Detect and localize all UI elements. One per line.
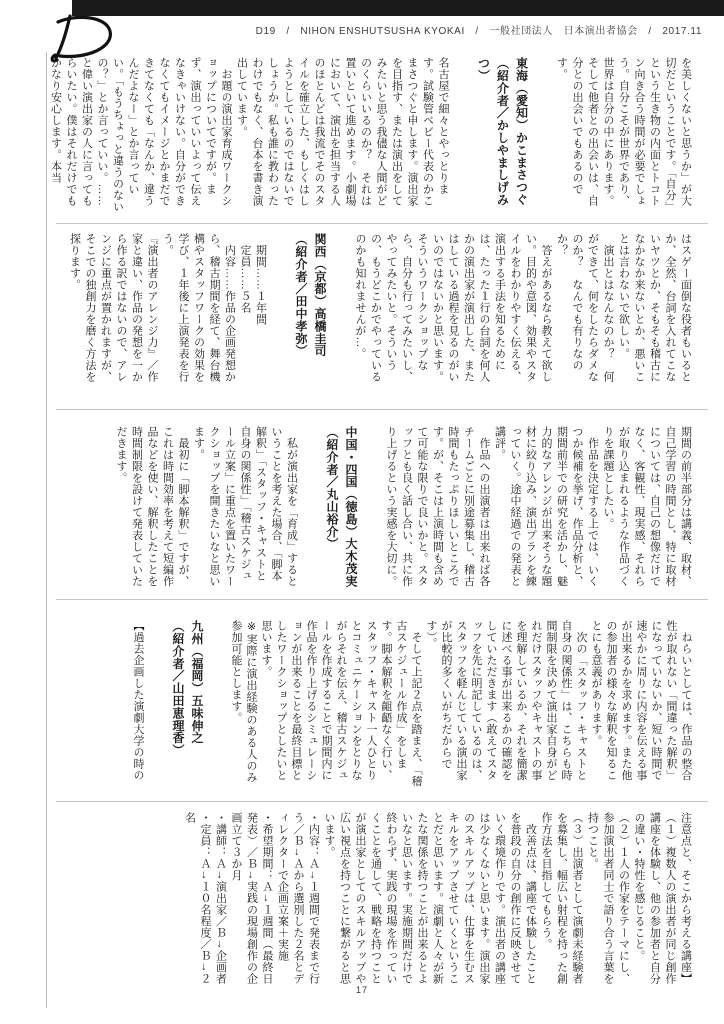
brand-logo-d-icon: [48, 13, 132, 63]
band-divider-4: [56, 801, 708, 802]
top-black-bar: [72, 0, 724, 16]
section-body-kyushu-part2: 注意点と、そこから考える講座】 （１）複数人の演出者が同じ創作講座を体験し、他の…: [181, 812, 693, 990]
section-body-chushikoku-part2: ねらいとしては、作品の整合性が取れない「間違った解釈」になっていないか、短い時間…: [228, 620, 693, 792]
article-conclusion-text: を美しくないと思うか」が大切だということです。「自分」という生き物の内面とトコト…: [553, 57, 693, 217]
section-body-kyushu-part1: 【過去企画した演劇大学の時の: [130, 620, 145, 792]
section-heading-kyushu: 九州（福岡）五味伸之 （紹介者／山田恵理香）: [168, 620, 206, 792]
page-header-text: D19 / NIHON ENSHUTSUSHA KYOKAI / 一般社団法人 …: [256, 22, 702, 37]
band-divider-2: [56, 409, 708, 410]
section-heading-chugoku-shikoku: 中国・四国（徳島）大木茂実 （紹介者／丸山裕介）: [322, 426, 360, 592]
text-band-1: を美しくないと思うか」が大切だということです。「自分」という生き物の内面とトコト…: [56, 57, 708, 217]
section-body-kansai-part1: 期間……１年間 定員……５名 内容……作品の企画発想から、稽古期間を経て、舞台機…: [66, 233, 268, 393]
section-body-kansai-part2: 期間の前半部分は講義、取材、自己学習の時間とし、特に取材については、自己の想像だ…: [383, 426, 693, 592]
page-number: 17: [0, 985, 724, 995]
band-divider-1: [56, 223, 708, 224]
magazine-page: D19 / NIHON ENSHUTSUSHA KYOKAI / 一般社団法人 …: [0, 0, 724, 1024]
section-heading-kansai: 関西（京都）高橋圭司 （紹介者／田中孝弥）: [291, 233, 329, 393]
section-body-chushikoku-part1: 私が演出家を「育成」するということを考えた場合、「脚本解釈」「スタッフ・キャスト…: [113, 426, 299, 592]
text-band-5: 注意点と、そこから考える講座】 （１）複数人の演出者が同じ創作講座を体験し、他の…: [56, 812, 708, 990]
band-divider-3: [56, 599, 708, 600]
text-band-4: ねらいとしては、作品の整合性が取れない「間違った解釈」になっていないか、短い時間…: [56, 620, 708, 792]
text-band-3: 期間の前半部分は講義、取材、自己学習の時間とし、特に取材については、自己の想像だ…: [56, 426, 708, 592]
section-body-tokai-part1: 名古屋で細々とやっとります。試験管ベビー代表のかこまさつぐと申します。演出家を目…: [47, 57, 450, 217]
section-body-tokai-part2: はスゲー面倒な役者もいるとか、全然、台詞を入れてこないヤツとか、そもそも稽古にな…: [352, 233, 693, 393]
text-band-2: はスゲー面倒な役者もいるとか、全然、台詞を入れてこないヤツとか、そもそも稽古にな…: [56, 233, 708, 393]
section-heading-tokai: 東海（愛知）かこまさつぐ （紹介者／かしやましげみつ）: [474, 57, 531, 217]
